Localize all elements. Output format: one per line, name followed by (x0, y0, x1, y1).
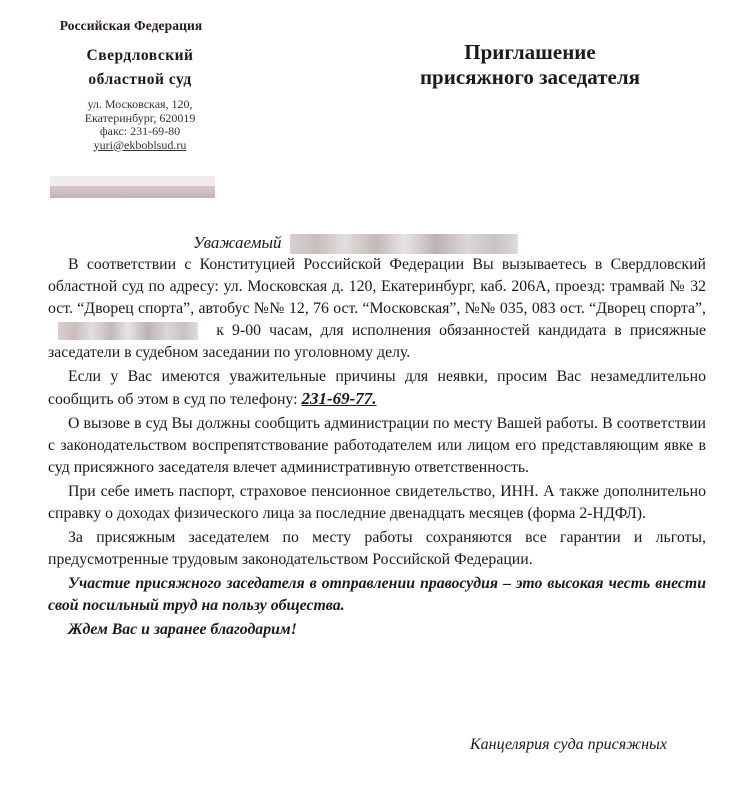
paragraph-guarantees: За присяжным заседателем по месту работы… (48, 527, 706, 571)
paragraph-summons: В соответствии с Конституцией Российской… (48, 254, 706, 364)
paragraph-documents: При себе иметь паспорт, страховое пенсио… (48, 481, 706, 525)
document-title: Приглашение присяжного заседателя (380, 40, 680, 90)
fax-number: факс: 231-69-80 (40, 125, 240, 139)
federation-label: Российская Федерация (22, 18, 240, 34)
court-letterhead: Российская Федерация Свердловский област… (40, 18, 240, 152)
absence-text: Если у Вас имеются уважительные причины … (48, 368, 706, 408)
address-city: Екатеринбург, 620019 (40, 112, 240, 126)
redacted-name (290, 234, 518, 254)
salutation-text: Уважаемый (193, 233, 281, 252)
court-name: Свердловский областной суд (40, 44, 240, 92)
letter-body: Уважаемый В соответствии с Конституцией … (48, 232, 706, 643)
paragraph-honor: Участие присяжного заседателя в отправле… (48, 573, 706, 617)
paragraph-absence: Если у Вас имеются уважительные причины … (48, 366, 706, 411)
title-line2: присяжного заседателя (380, 65, 680, 90)
paragraph-employer: О вызове в суд Вы должны сообщить админи… (48, 413, 706, 479)
paragraph-thanks: Ждем Вас и заранее благодарим! (48, 619, 706, 641)
court-address: ул. Московская, 120, Екатеринбург, 62001… (40, 98, 240, 152)
email-link[interactable]: yuri@ekboblsud.ru (40, 139, 240, 153)
title-line1: Приглашение (380, 40, 680, 65)
signature: Канцелярия суда присяжных (470, 736, 667, 754)
phone-number[interactable]: 231-69-77. (301, 389, 376, 408)
redacted-block (50, 176, 215, 198)
salutation: Уважаемый (193, 232, 706, 254)
redacted-date (58, 322, 198, 340)
address-street: ул. Московская, 120, (40, 98, 240, 112)
summons-text-1: В соответствии с Конституцией Российской… (48, 256, 706, 317)
court-name-line1: Свердловский (40, 44, 240, 68)
court-name-line2: областной суд (40, 68, 240, 92)
